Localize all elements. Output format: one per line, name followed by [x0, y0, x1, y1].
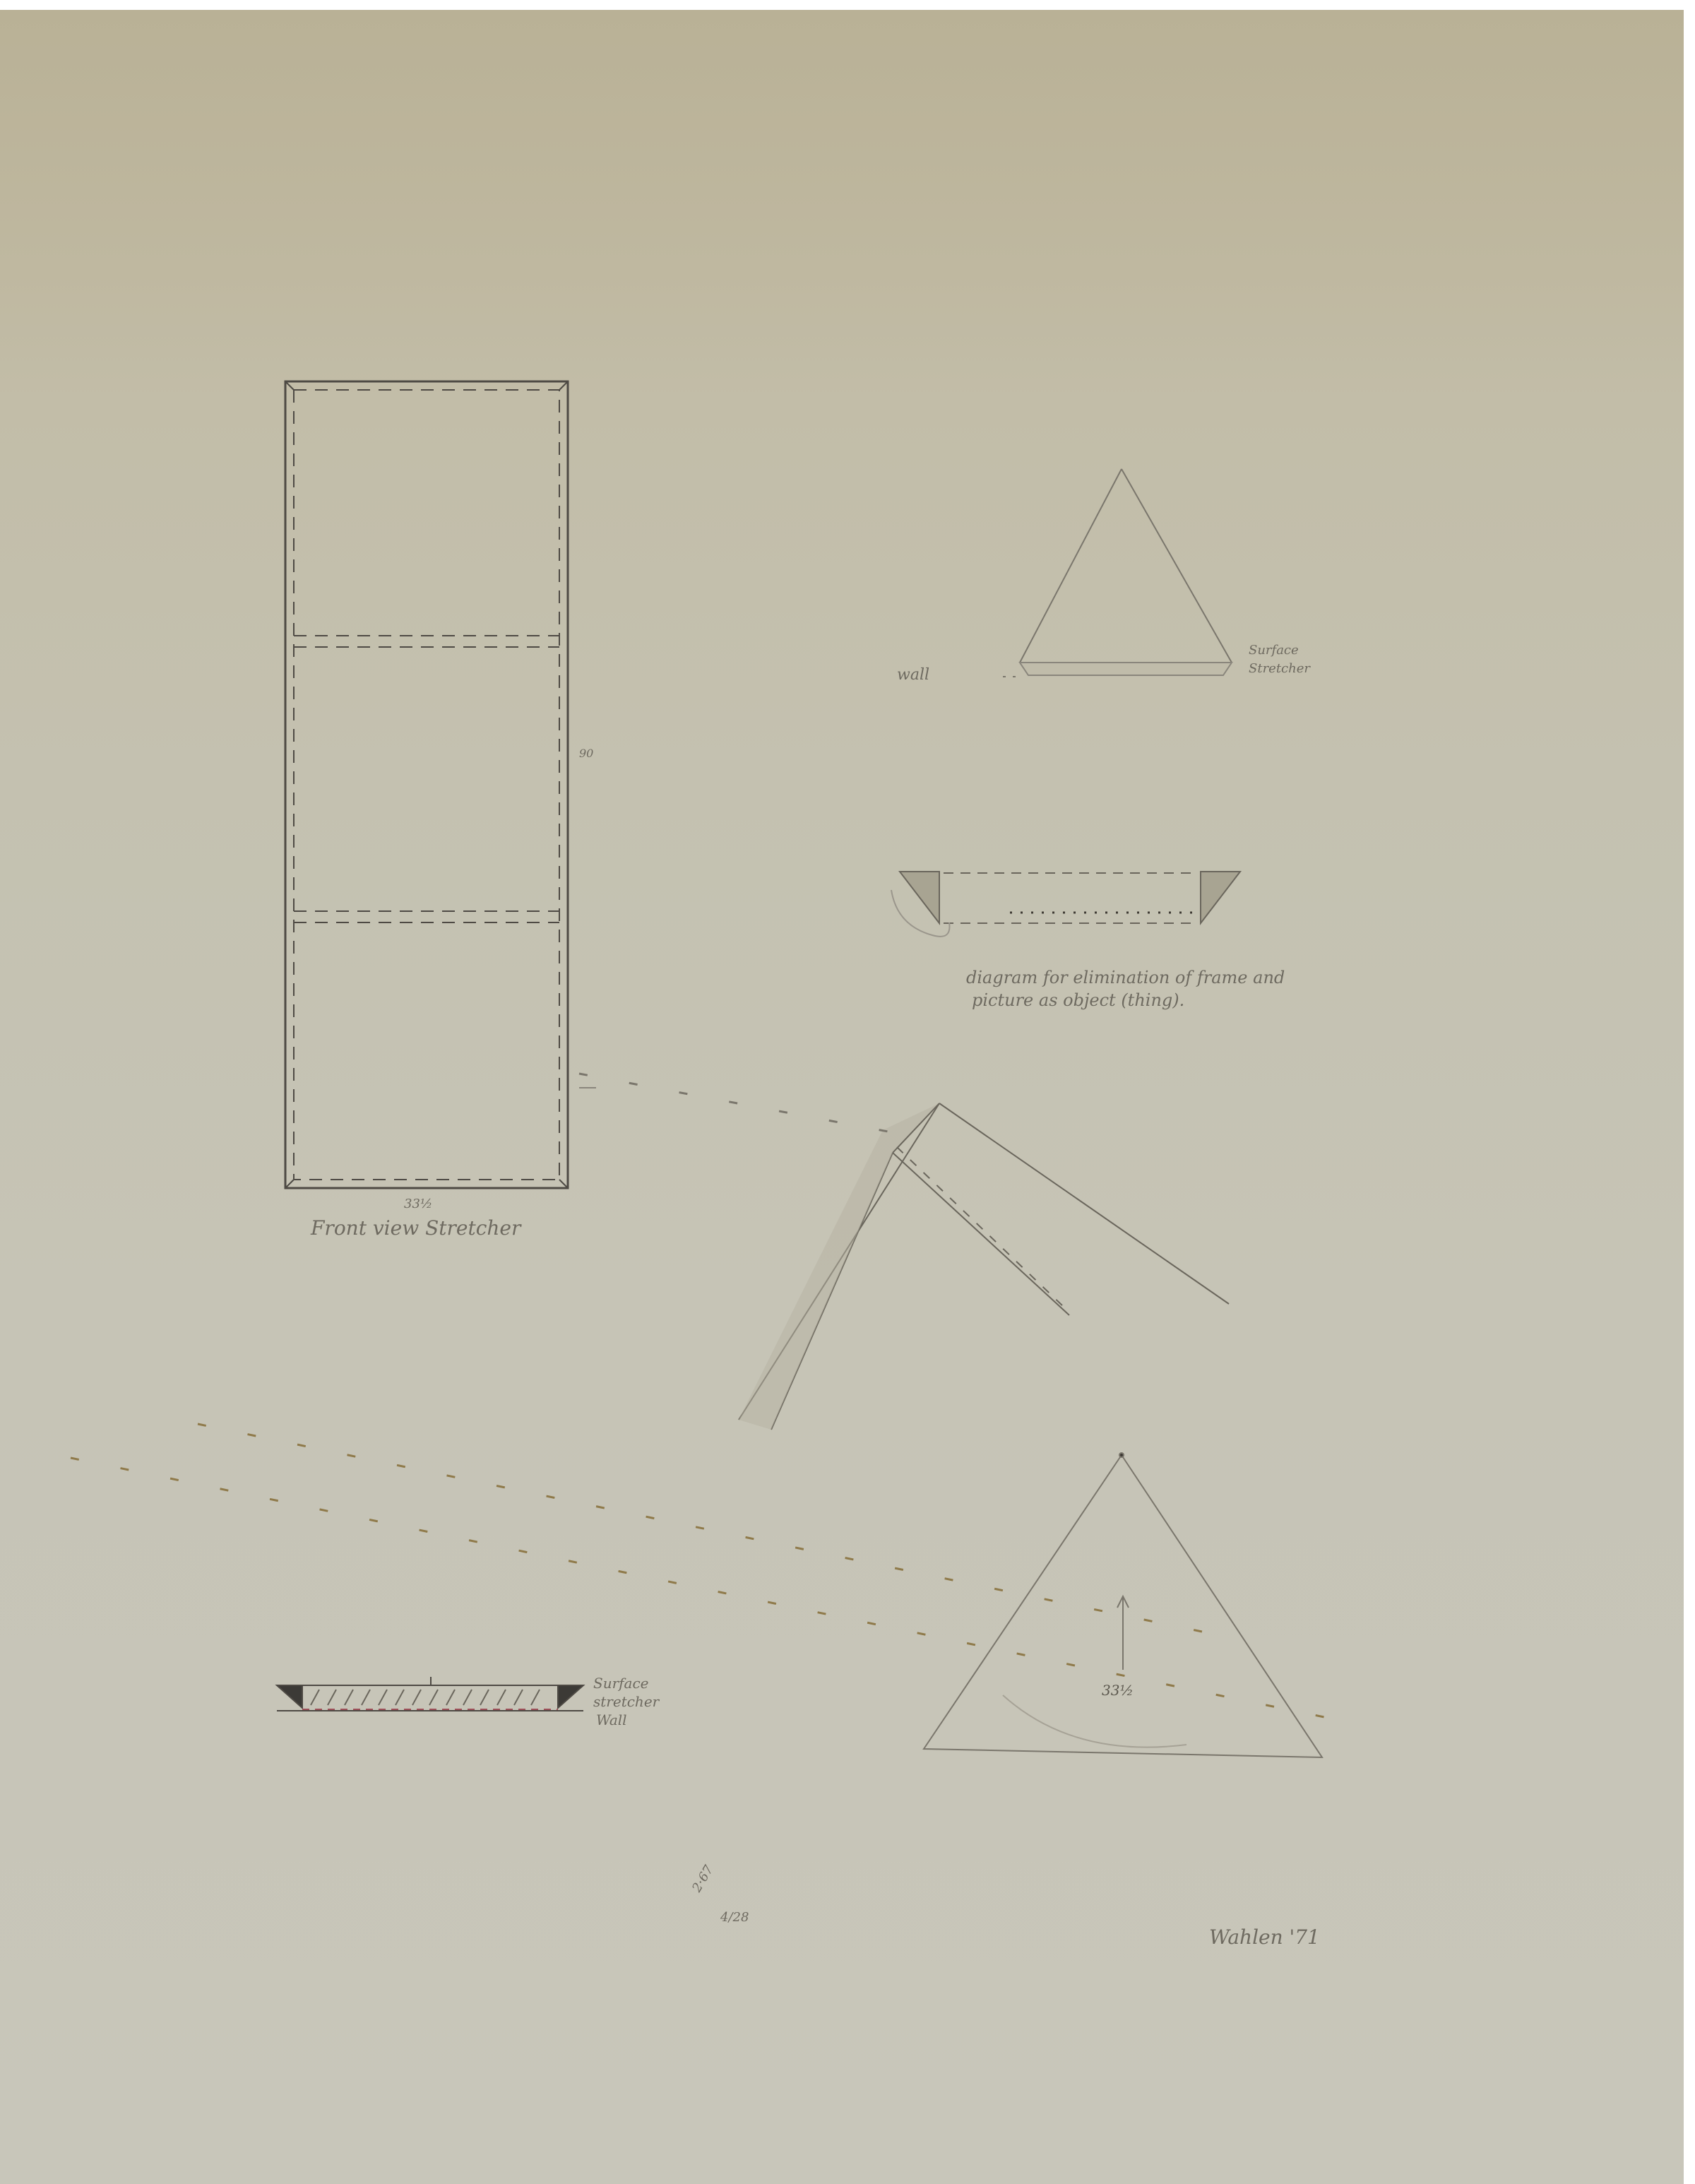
- bottom-triangle-diagram: [924, 1453, 1322, 1757]
- bottom-wall-label: Wall: [596, 1711, 627, 1728]
- inventory-mark-top: 2·67: [689, 1863, 717, 1896]
- triangle-dimension-label: 33½: [1102, 1682, 1134, 1699]
- diagram-caption-line1: diagram for elimination of frame and: [966, 968, 1285, 987]
- diagonal-dash-lines: [71, 1074, 1328, 1718]
- bottom-section-diagram: [277, 1677, 583, 1711]
- bottom-surface-label: Surface: [593, 1675, 649, 1692]
- front-view-height-label: 90: [579, 747, 593, 760]
- bottom-stretcher-label: stretcher: [593, 1693, 660, 1710]
- elimination-section-diagram: [891, 872, 1240, 937]
- top-surface-label: Surface: [1249, 643, 1299, 658]
- angled-frame-diagram: [739, 1103, 1229, 1430]
- artist-signature: Wahlen '71: [1209, 1925, 1320, 1949]
- drawing-canvas: 90 33½ Front view Stretcher wall Surface…: [0, 0, 1695, 2184]
- front-view-stretcher: [285, 381, 596, 1188]
- front-view-caption: Front view Stretcher: [310, 1216, 522, 1240]
- artwork-page: 90 33½ Front view Stretcher wall Surface…: [0, 0, 1695, 2184]
- top-triangle-diagram: [1003, 469, 1232, 677]
- front-view-width-label: 33½: [404, 1197, 432, 1211]
- diagram-caption-line2: picture as object (thing).: [972, 990, 1184, 1010]
- wall-label: wall: [897, 666, 929, 684]
- top-stretcher-label: Stretcher: [1249, 661, 1311, 676]
- inventory-mark-bottom: 4/28: [720, 1910, 749, 1925]
